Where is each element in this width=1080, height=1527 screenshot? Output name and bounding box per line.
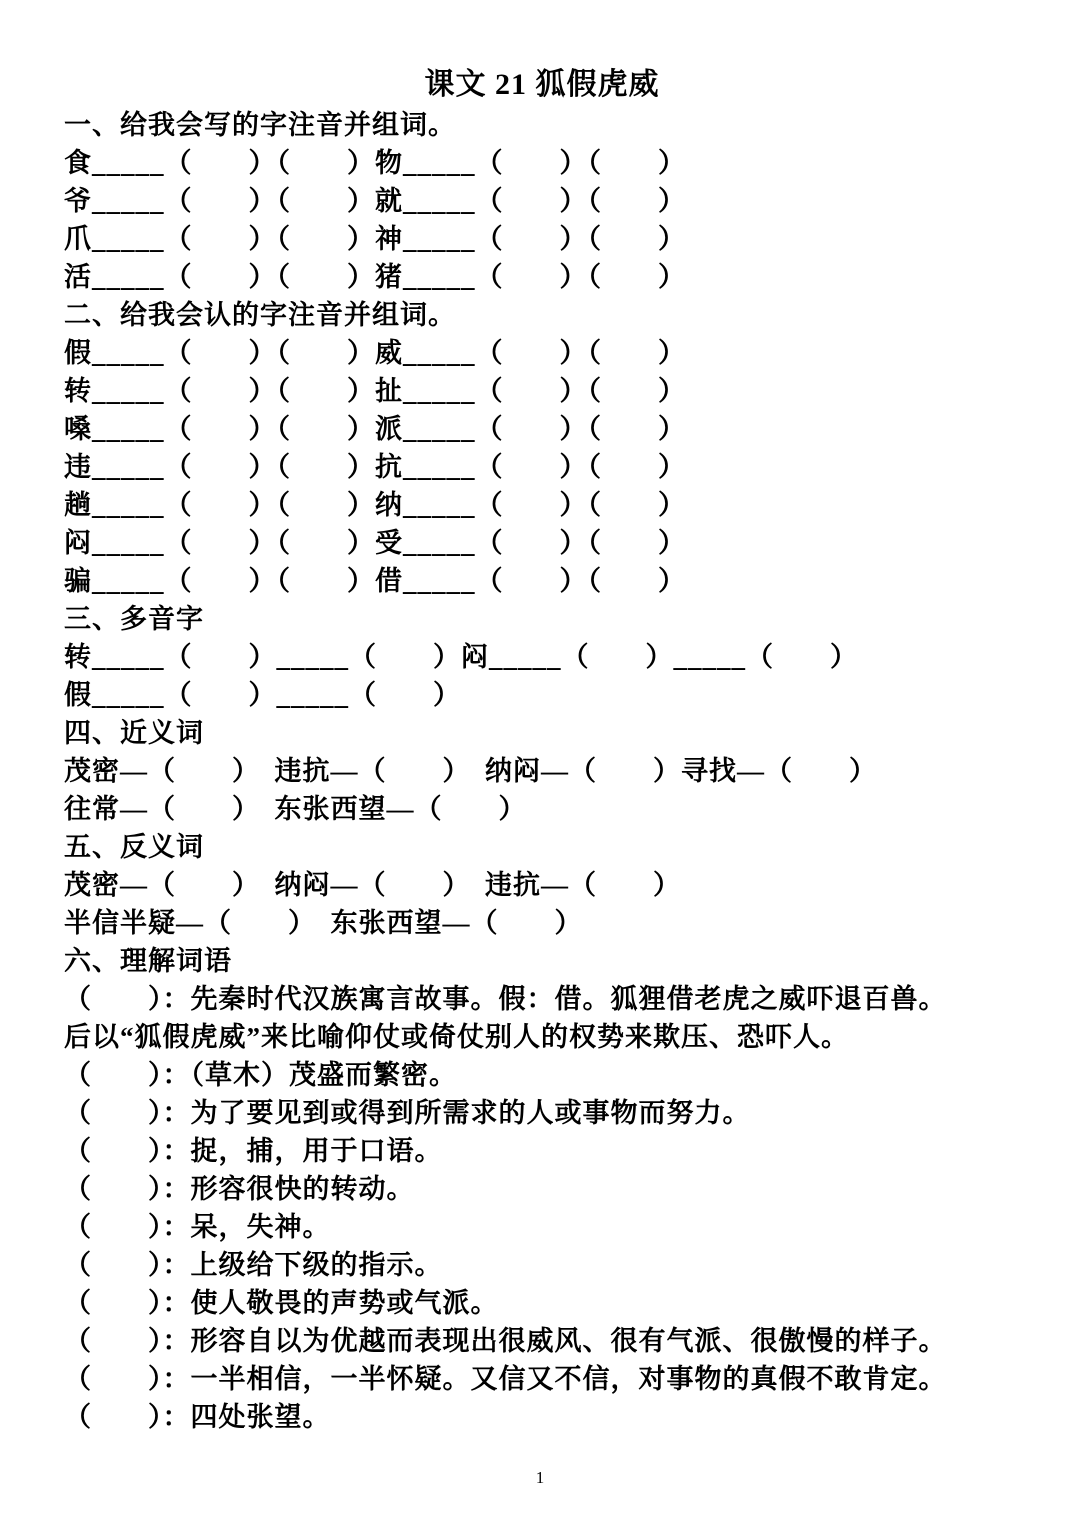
- definition-row: （ ）：先秦时代汉族寓言故事。假：借。狐狸借老虎之威吓退百兽。: [64, 980, 1020, 1018]
- pinyin-word-row: 爷_____（ ）（ ）就_____（ ）（ ）: [64, 182, 1020, 220]
- definition-row: （ ）：为了要见到或得到所需求的人或事物而努力。: [64, 1094, 1020, 1132]
- definition-row: （ ）：形容很快的转动。: [64, 1170, 1020, 1208]
- page-title: 课文 21 狐假虎威: [64, 64, 1020, 106]
- synonym-row: 茂密—（ ） 违抗—（ ） 纳闷—（ ）寻找—（ ）: [64, 752, 1020, 790]
- pinyin-word-row: 食_____（ ）（ ）物_____（ ）（ ）: [64, 144, 1020, 182]
- antonym-row: 茂密—（ ） 纳闷—（ ） 违抗—（ ）: [64, 866, 1020, 904]
- definition-row: （ ）：上级给下级的指示。: [64, 1246, 1020, 1284]
- section-4-heading: 四、近义词: [64, 714, 1020, 752]
- definition-row: （ ）：（草木）茂盛而繁密。: [64, 1056, 1020, 1094]
- section-1-heading: 一、给我会写的字注音并组词。: [64, 106, 1020, 144]
- pinyin-word-row: 违_____（ ）（ ）抗_____（ ）（ ）: [64, 448, 1020, 486]
- multisound-row: 转_____（ ）_____（ ）闷_____（ ）_____（ ）: [64, 638, 1020, 676]
- section-6-heading: 六、理解词语: [64, 942, 1020, 980]
- definition-row: （ ）：使人敬畏的声势或气派。: [64, 1284, 1020, 1322]
- definition-row: （ ）：捉，捕，用于口语。: [64, 1132, 1020, 1170]
- multisound-row: 假_____（ ）_____（ ）: [64, 676, 1020, 714]
- synonym-row: 往常—（ ） 东张西望—（ ）: [64, 790, 1020, 828]
- pinyin-word-row: 骗_____（ ）（ ）借_____（ ）（ ）: [64, 562, 1020, 600]
- pinyin-word-row: 闷_____（ ）（ ）受_____（ ）（ ）: [64, 524, 1020, 562]
- pinyin-word-row: 趟_____（ ）（ ）纳_____（ ）（ ）: [64, 486, 1020, 524]
- definition-row-continuation: 后以“狐假虎威”来比喻仰仗或倚仗别人的权势来欺压、恐吓人。: [64, 1018, 1020, 1056]
- section-3-heading: 三、多音字: [64, 600, 1020, 638]
- definition-row: （ ）：一半相信，一半怀疑。又信又不信，对事物的真假不敢肯定。: [64, 1360, 1020, 1398]
- pinyin-word-row: 爪_____（ ）（ ）神_____（ ）（ ）: [64, 220, 1020, 258]
- pinyin-word-row: 转_____（ ）（ ）扯_____（ ）（ ）: [64, 372, 1020, 410]
- antonym-row: 半信半疑—（ ） 东张西望—（ ）: [64, 904, 1020, 942]
- page-number: 1: [0, 1468, 1080, 1488]
- section-5-heading: 五、反义词: [64, 828, 1020, 866]
- definition-row: （ ）：呆，失神。: [64, 1208, 1020, 1246]
- pinyin-word-row: 假_____（ ）（ ）威_____（ ）（ ）: [64, 334, 1020, 372]
- section-2-heading: 二、给我会认的字注音并组词。: [64, 296, 1020, 334]
- definition-row: （ ）：四处张望。: [64, 1398, 1020, 1436]
- worksheet-page: 课文 21 狐假虎威 一、给我会写的字注音并组词。 食_____（ ）（ ）物_…: [0, 0, 1080, 1527]
- pinyin-word-row: 嗓_____（ ）（ ）派_____（ ）（ ）: [64, 410, 1020, 448]
- pinyin-word-row: 活_____（ ）（ ）猪_____（ ）（ ）: [64, 258, 1020, 296]
- definition-row: （ ）：形容自以为优越而表现出很威风、很有气派、很傲慢的样子。: [64, 1322, 1020, 1360]
